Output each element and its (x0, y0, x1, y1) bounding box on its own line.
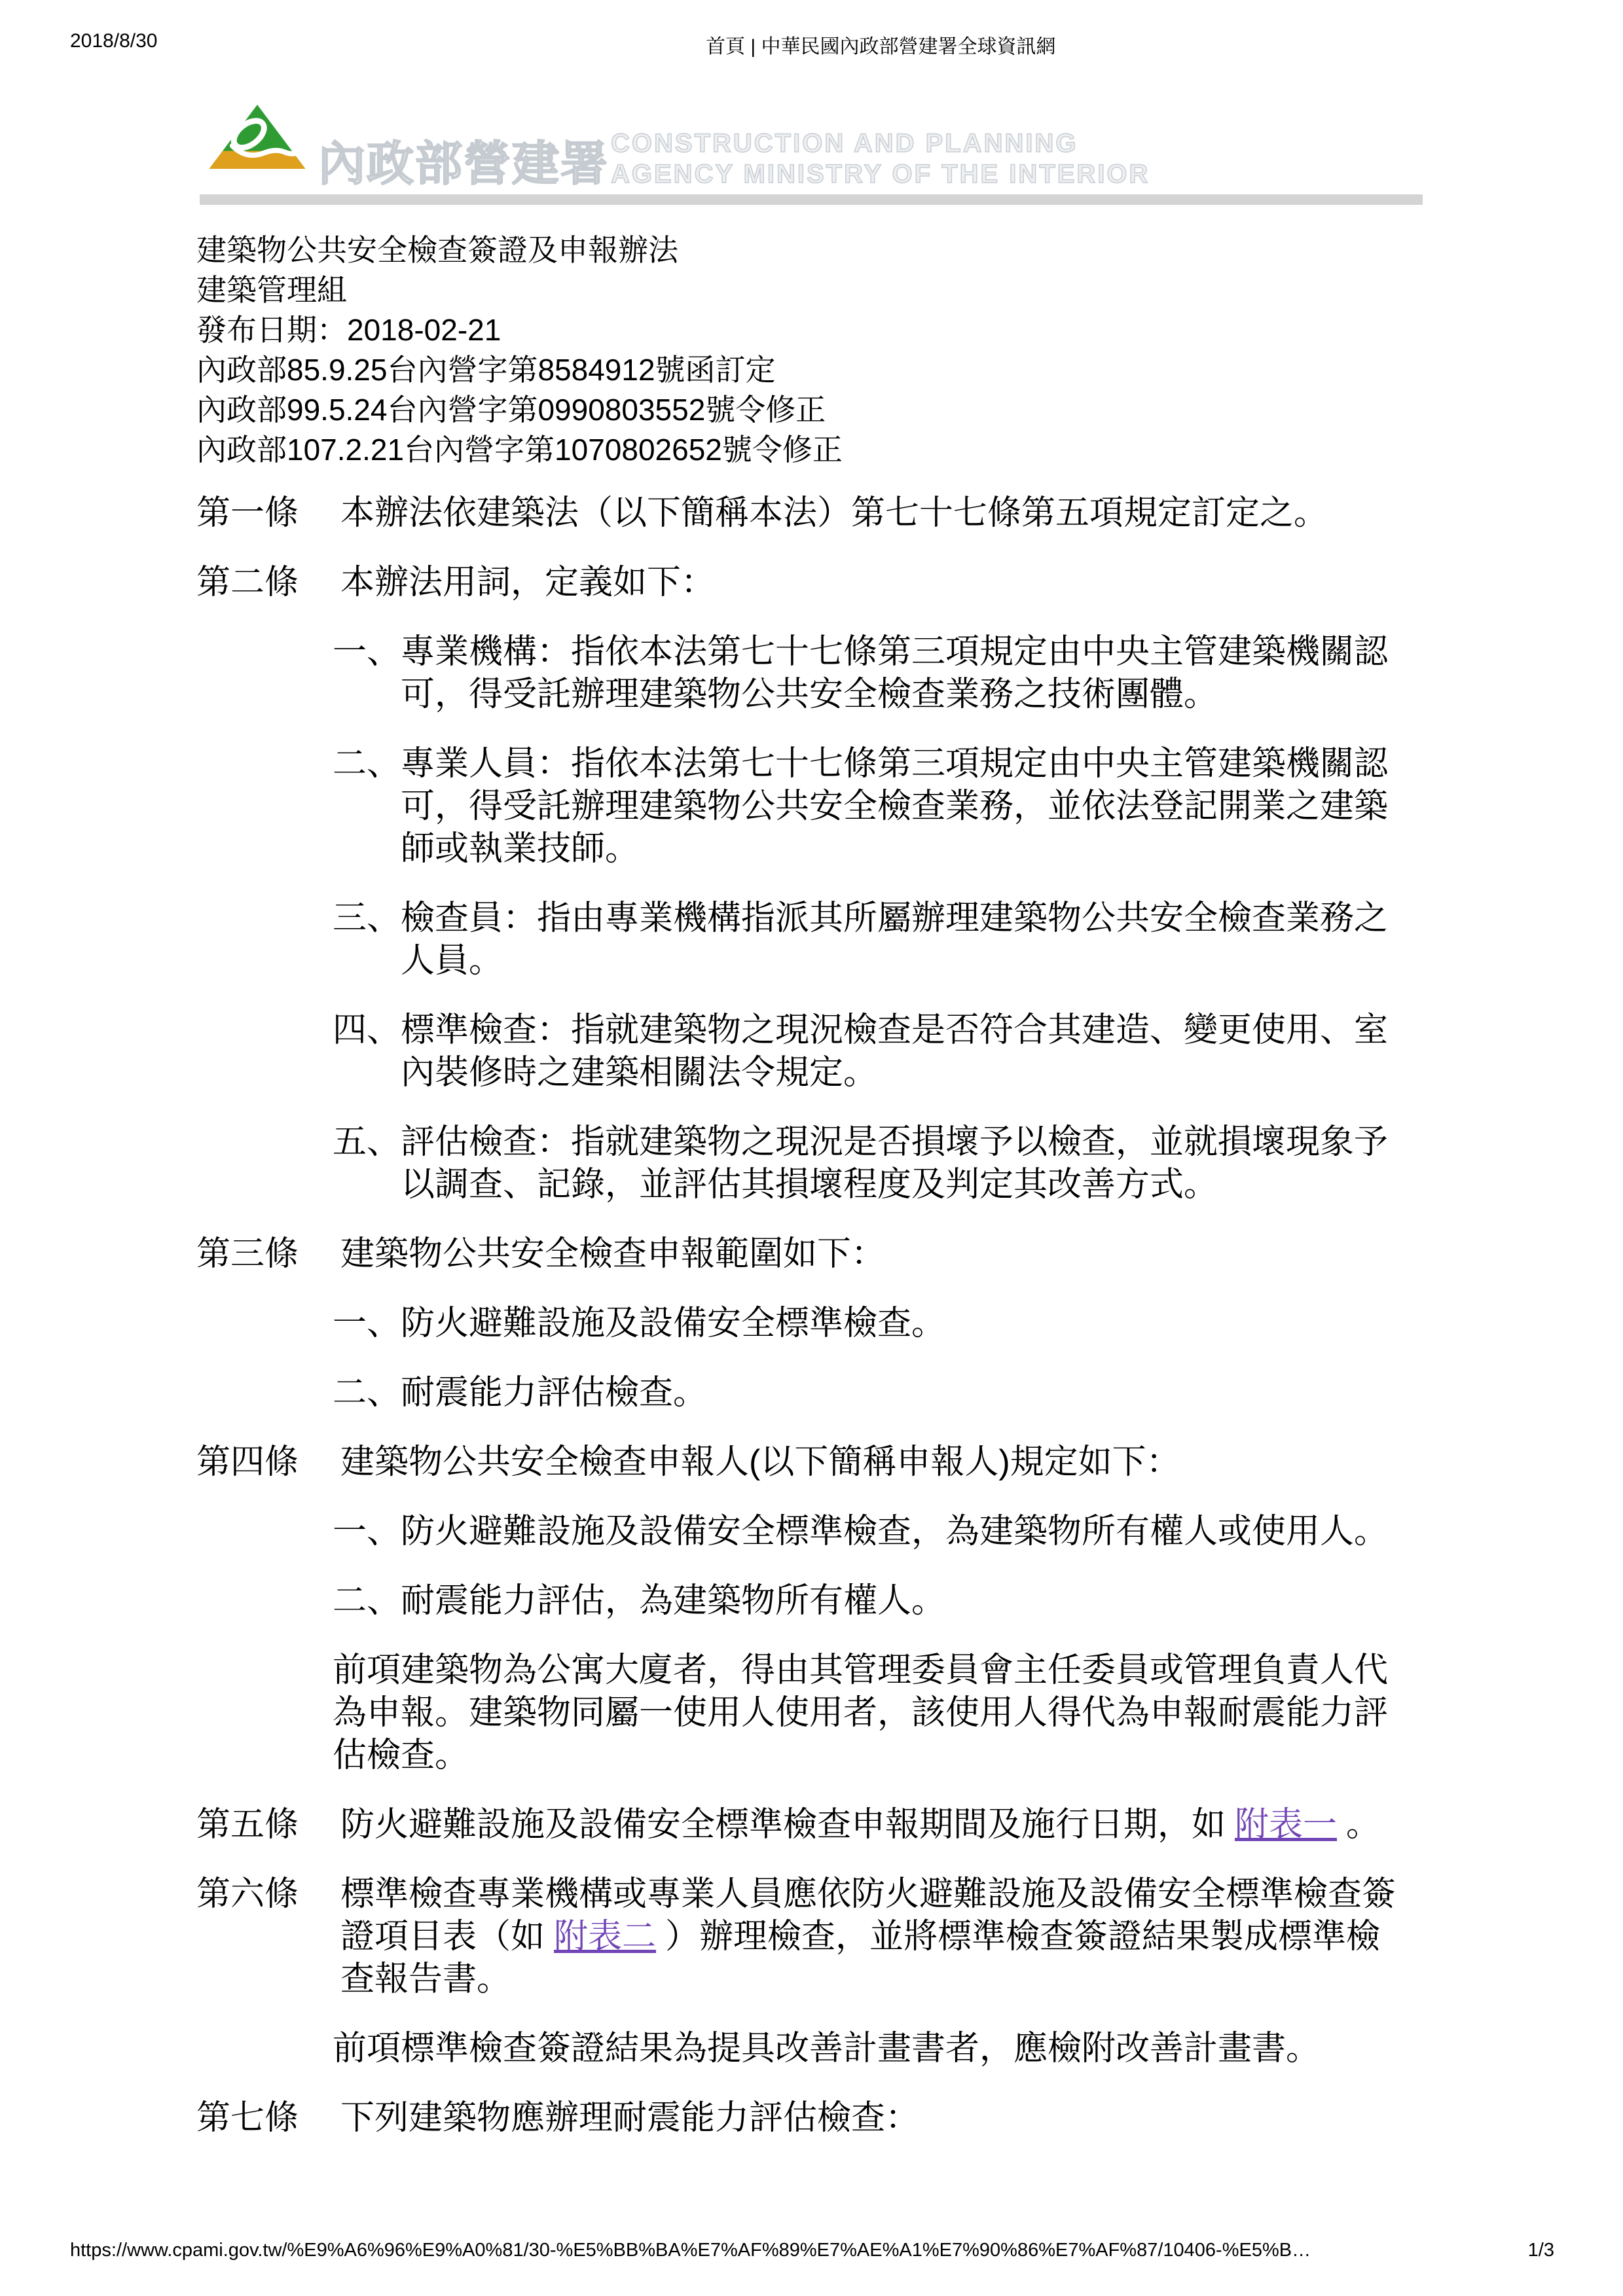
text-run: 建築物公共安全檢查申報範圍如下： (340, 1235, 885, 1273)
text-run: 可，得受託辦理建築物公共安全檢查業務，並依法登記開業之建築 (401, 787, 1388, 825)
paragraph: 前項建築物為公寓大廈者，得由其管理委員會主任委員或管理負責人代為申報。建築物同屬… (333, 1649, 1480, 1777)
text-run: 本辦法依建築法（以下簡稱本法）第七十七條第五項規定訂定之。 (340, 494, 1328, 532)
block-text: 下列建築物應辦理耐震能力評估檢查： (340, 2097, 919, 2140)
agency-name-en: CONSTRUCTION AND PLANNING AGENCY MINISTR… (611, 128, 1150, 190)
article-number: 第三條 (196, 1233, 340, 1276)
text-line: 標準檢查：指就建築物之現況檢查是否符合其建造、變更使用、室 (401, 1009, 1388, 1052)
block-text: 標準檢查：指就建築物之現況檢查是否符合其建造、變更使用、室內裝修時之建築相關法令… (401, 1009, 1388, 1094)
block-text: 建築物公共安全檢查申報範圍如下： (340, 1233, 885, 1276)
text-run: 師或執業技師。 (401, 830, 639, 868)
text-run: 防火避難設施及設備安全標準檢查，為建築物所有權人或使用人。 (401, 1513, 1388, 1551)
list-item: 一、防火避難設施及設備安全標準檢查。 (333, 1302, 1480, 1345)
block-text: 標準檢查專業機構或專業人員應依防火避難設施及設備安全標準檢查簽證項目表（如附表二… (340, 1873, 1396, 2001)
item-marker: 四、 (333, 1009, 401, 1094)
text-line: 建築物公共安全檢查申報範圍如下： (340, 1233, 885, 1276)
text-line: 標準檢查專業機構或專業人員應依防火避難設施及設備安全標準檢查簽 (340, 1873, 1396, 1916)
article-number: 第六條 (196, 1873, 340, 2001)
article-number: 第二條 (196, 562, 340, 604)
text-line: 下列建築物應辦理耐震能力評估檢查： (340, 2097, 919, 2140)
text-line: 人員。 (401, 940, 1388, 982)
text-run: 內裝修時之建築相關法令規定。 (401, 1054, 877, 1092)
block-text: 防火避難設施及設備安全標準檢查，為建築物所有權人或使用人。 (401, 1511, 1388, 1553)
agency-name-en-line2: AGENCY MINISTRY OF THE INTERIOR (611, 159, 1150, 190)
print-date: 2018/8/30 (70, 30, 157, 52)
text-run: 以調查、記錄，並評估其損壞程度及判定其改善方式。 (401, 1166, 1218, 1204)
text-line: 估檢查。 (333, 1734, 1480, 1777)
text-run: 下列建築物應辦理耐震能力評估檢查： (340, 2099, 919, 2137)
print-url: https://www.cpami.gov.tw/%E9%A6%96%E9%A0… (70, 2240, 1311, 2261)
text-run: 專業人員：指依本法第七十七條第三項規定由中央主管建築機關認 (401, 745, 1388, 783)
doc-history-line: 內政部99.5.24台內營字第0990803552號令修正 (196, 390, 1480, 430)
block-text: 耐震能力評估檢查。 (401, 1372, 707, 1414)
text-line: 建築物公共安全檢查申報人(以下簡稱申報人)規定如下： (340, 1441, 1180, 1484)
text-run: 估檢查。 (333, 1736, 469, 1774)
text-line: 檢查員：指由專業機構指派其所屬辦理建築物公共安全檢查業務之 (401, 897, 1388, 940)
text-line: 前項標準檢查簽證結果為提具改善計畫書者，應檢附改善計畫書。 (333, 2028, 1480, 2070)
articles-body: 第一條本辦法依建築法（以下簡稱本法）第七十七條第五項規定訂定之。第二條本辦法用詞… (196, 492, 1480, 2140)
article-block: 第四條建築物公共安全檢查申報人(以下簡稱申報人)規定如下： (196, 1441, 1480, 1484)
text-line: 耐震能力評估檢查。 (401, 1372, 707, 1414)
item-marker: 二、 (333, 1372, 401, 1414)
print-page-indicator: 1/3 (1528, 2240, 1554, 2261)
text-line: 證項目表（如附表二）辦理檢查，並將標準檢查簽證結果製成標準檢 (340, 1916, 1396, 1958)
agency-name-zh: 內政部營建署 (318, 126, 609, 194)
text-line: 為申報。建築物同屬一使用人使用者，該使用人得代為申報耐震能力評 (333, 1692, 1480, 1734)
text-run: 本辦法用詞，定義如下： (340, 564, 715, 601)
text-line: 本辦法依建築法（以下簡稱本法）第七十七條第五項規定訂定之。 (340, 492, 1328, 535)
item-marker: 一、 (333, 1511, 401, 1553)
text-line: 可，得受託辦理建築物公共安全檢查業務，並依法登記開業之建築 (401, 785, 1388, 828)
text-line: 防火避難設施及設備安全標準檢查。 (401, 1302, 945, 1345)
appendix-link[interactable]: 附表一 (1235, 1806, 1337, 1844)
list-item: 三、檢查員：指由專業機構指派其所屬辦理建築物公共安全檢查業務之人員。 (333, 897, 1480, 982)
block-text: 防火避難設施及設備安全標準檢查。 (401, 1302, 945, 1345)
item-marker: 一、 (333, 1302, 401, 1345)
text-run: 建築物公共安全檢查申報人(以下簡稱申報人)規定如下： (340, 1443, 1180, 1481)
block-text: 耐震能力評估，為建築物所有權人。 (401, 1580, 945, 1623)
agency-name-en-line1: CONSTRUCTION AND PLANNING (611, 128, 1150, 159)
article-number: 第七條 (196, 2097, 340, 2140)
article-block: 第五條防火避難設施及設備安全標準檢查申報期間及施行日期，如附表一。 (196, 1804, 1480, 1846)
list-item: 二、耐震能力評估檢查。 (333, 1372, 1480, 1414)
article-block: 第七條下列建築物應辦理耐震能力評估檢查： (196, 2097, 1480, 2140)
item-marker: 二、 (333, 743, 401, 870)
text-line: 師或執業技師。 (401, 828, 1388, 870)
article-number: 第五條 (196, 1804, 340, 1846)
block-text: 專業人員：指依本法第七十七條第三項規定由中央主管建築機關認可，得受託辦理建築物公… (401, 743, 1388, 870)
doc-title: 建築物公共安全檢查簽證及申報辦法 (196, 230, 1480, 270)
text-line: 前項建築物為公寓大廈者，得由其管理委員會主任委員或管理負責人代 (333, 1649, 1480, 1692)
item-marker: 二、 (333, 1580, 401, 1623)
article-block: 第一條本辦法依建築法（以下簡稱本法）第七十七條第五項規定訂定之。 (196, 492, 1480, 535)
document-content: 建築物公共安全檢查簽證及申報辦法 建築管理組 發布日期：2018-02-21 內… (196, 230, 1480, 2166)
list-item: 四、標準檢查：指就建築物之現況檢查是否符合其建造、變更使用、室內裝修時之建築相關… (333, 1009, 1480, 1094)
block-text: 專業機構：指依本法第七十七條第三項規定由中央主管建築機關認可，得受託辦理建築物公… (401, 631, 1388, 716)
text-run: 檢查員：指由專業機構指派其所屬辦理建築物公共安全檢查業務之 (401, 899, 1388, 937)
doc-department: 建築管理組 (196, 270, 1480, 310)
text-line: 可，得受託辦理建築物公共安全檢查業務之技術團體。 (401, 673, 1388, 716)
list-item: 一、專業機構：指依本法第七十七條第三項規定由中央主管建築機關認可，得受託辦理建築… (333, 631, 1480, 716)
list-item: 二、耐震能力評估，為建築物所有權人。 (333, 1580, 1480, 1623)
text-line: 以調查、記錄，並評估其損壞程度及判定其改善方式。 (401, 1164, 1388, 1206)
text-run: 可，得受託辦理建築物公共安全檢查業務之技術團體。 (401, 675, 1218, 713)
text-line: 查報告書。 (340, 1958, 1396, 2001)
article-block: 第三條建築物公共安全檢查申報範圍如下： (196, 1233, 1480, 1276)
block-text: 前項建築物為公寓大廈者，得由其管理委員會主任委員或管理負責人代為申報。建築物同屬… (333, 1649, 1480, 1777)
appendix-link[interactable]: 附表二 (554, 1918, 656, 1956)
text-run: 標準檢查專業機構或專業人員應依防火避難設施及設備安全標準檢查簽 (340, 1875, 1396, 1913)
text-run: 防火避難設施及設備安全標準檢查。 (401, 1304, 945, 1342)
list-item: 二、專業人員：指依本法第七十七條第三項規定由中央主管建築機關認可，得受託辦理建築… (333, 743, 1480, 870)
doc-history-line: 內政部85.9.25台內營字第8584912號函訂定 (196, 350, 1480, 390)
list-item: 一、防火避難設施及設備安全標準檢查，為建築物所有權人或使用人。 (333, 1511, 1480, 1553)
block-text: 本辦法用詞，定義如下： (340, 562, 715, 604)
printed-page: 2018/8/30 首頁 | 中華民國內政部營建署全球資訊網 內政部營建署 CO… (0, 0, 1623, 2296)
block-text: 前項標準檢查簽證結果為提具改善計畫書者，應檢附改善計畫書。 (333, 2028, 1480, 2070)
text-run: 。 (1346, 1806, 1380, 1844)
list-item: 五、評估檢查：指就建築物之現況是否損壞予以檢查，並就損壞現象予以調查、記錄，並評… (333, 1121, 1480, 1206)
item-marker: 三、 (333, 897, 401, 982)
agency-logo-icon (208, 105, 306, 169)
text-run: 標準檢查：指就建築物之現況檢查是否符合其建造、變更使用、室 (401, 1011, 1388, 1049)
block-text: 評估檢查：指就建築物之現況是否損壞予以檢查，並就損壞現象予以調查、記錄，並評估其… (401, 1121, 1388, 1206)
text-line: 防火避難設施及設備安全標準檢查申報期間及施行日期，如附表一。 (340, 1804, 1380, 1846)
text-line: 評估檢查：指就建築物之現況是否損壞予以檢查，並就損壞現象予 (401, 1121, 1388, 1164)
document-header: 建築物公共安全檢查簽證及申報辦法 建築管理組 發布日期：2018-02-21 內… (196, 230, 1480, 470)
text-line: 本辦法用詞，定義如下： (340, 562, 715, 604)
paragraph: 前項標準檢查簽證結果為提具改善計畫書者，應檢附改善計畫書。 (333, 2028, 1480, 2070)
article-block: 第二條本辦法用詞，定義如下： (196, 562, 1480, 604)
item-marker: 一、 (333, 631, 401, 716)
text-line: 耐震能力評估，為建築物所有權人。 (401, 1580, 945, 1623)
text-run: 前項建築物為公寓大廈者，得由其管理委員會主任委員或管理負責人代 (333, 1651, 1388, 1689)
text-line: 防火避難設施及設備安全標準檢查，為建築物所有權人或使用人。 (401, 1511, 1388, 1553)
block-text: 檢查員：指由專業機構指派其所屬辦理建築物公共安全檢查業務之人員。 (401, 897, 1388, 982)
text-run: 為申報。建築物同屬一使用人使用者，該使用人得代為申報耐震能力評 (333, 1694, 1388, 1732)
text-line: 專業人員：指依本法第七十七條第三項規定由中央主管建築機關認 (401, 743, 1388, 785)
text-run: 耐震能力評估檢查。 (401, 1374, 707, 1412)
text-run: 評估檢查：指就建築物之現況是否損壞予以檢查，並就損壞現象予 (401, 1123, 1388, 1161)
text-run: 證項目表（如 (340, 1918, 545, 1956)
text-line: 專業機構：指依本法第七十七條第三項規定由中央主管建築機關認 (401, 631, 1388, 673)
doc-publish-date: 發布日期：2018-02-21 (196, 310, 1480, 350)
text-run: ）辦理檢查，並將標準檢查簽證結果製成標準檢 (665, 1918, 1380, 1956)
item-marker: 五、 (333, 1121, 401, 1206)
text-line: 內裝修時之建築相關法令規定。 (401, 1052, 1388, 1094)
text-run: 人員。 (401, 942, 503, 980)
article-number: 第一條 (196, 492, 340, 535)
header-divider (200, 194, 1423, 205)
article-block: 第六條標準檢查專業機構或專業人員應依防火避難設施及設備安全標準檢查簽證項目表（如… (196, 1873, 1480, 2001)
text-run: 耐震能力評估，為建築物所有權人。 (401, 1582, 945, 1620)
text-run: 專業機構：指依本法第七十七條第三項規定由中央主管建築機關認 (401, 633, 1388, 671)
block-text: 防火避難設施及設備安全標準檢查申報期間及施行日期，如附表一。 (340, 1804, 1380, 1846)
block-text: 建築物公共安全檢查申報人(以下簡稱申報人)規定如下： (340, 1441, 1180, 1484)
block-text: 本辦法依建築法（以下簡稱本法）第七十七條第五項規定訂定之。 (340, 492, 1328, 535)
text-run: 防火避難設施及設備安全標準檢查申報期間及施行日期，如 (340, 1806, 1226, 1844)
text-run: 查報告書。 (340, 1960, 511, 1998)
print-page-title: 首頁 | 中華民國內政部營建署全球資訊網 (706, 30, 1055, 59)
doc-history-line: 內政部107.2.21台內營字第1070802652號令修正 (196, 430, 1480, 470)
article-number: 第四條 (196, 1441, 340, 1484)
text-run: 前項標準檢查簽證結果為提具改善計畫書者，應檢附改善計畫書。 (333, 2030, 1320, 2068)
